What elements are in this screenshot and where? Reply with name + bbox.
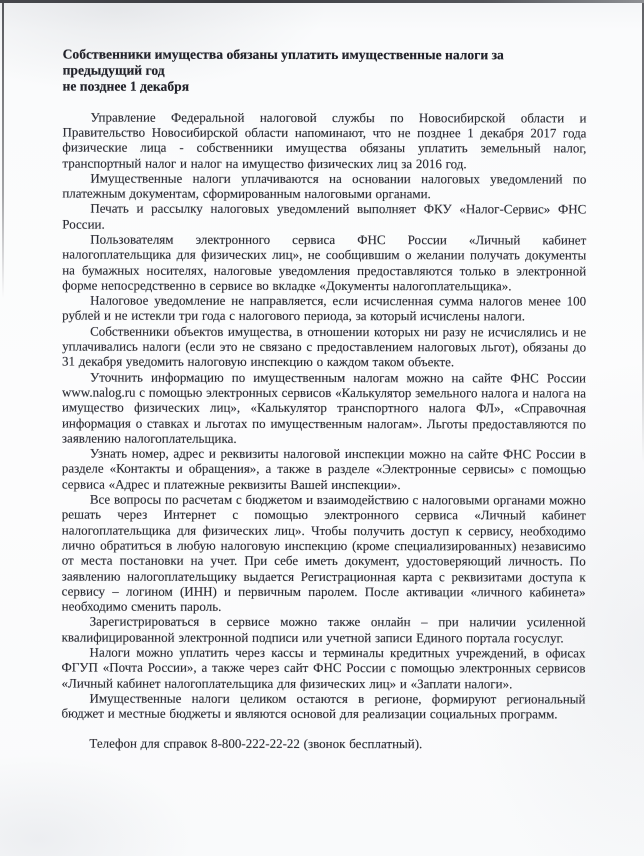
paragraph: Собственники объектов имущества, в отнош… bbox=[62, 323, 586, 370]
document-title-line-2: не позднее 1 декабря bbox=[63, 79, 587, 96]
paragraph: Имущественные налоги уплачиваются на осн… bbox=[62, 170, 586, 202]
paragraph: Все вопросы по расчетам с бюджетом и вза… bbox=[62, 492, 586, 615]
paragraph: Печать и рассылку налоговых уведомлений … bbox=[62, 201, 586, 233]
paragraph: Управление Федеральной налоговой службы … bbox=[62, 109, 586, 171]
phone-line: Телефон для справок 8-800-222-22-22 (зво… bbox=[61, 736, 585, 752]
paragraph: Налоги можно уплатить через кассы и терм… bbox=[61, 645, 585, 692]
paragraph: Зарегистрироваться в сервисе можно также… bbox=[62, 614, 586, 646]
paragraph: Уточнить информацию по имущественным нал… bbox=[62, 369, 586, 446]
document-title: Собственники имущества обязаны уплатить … bbox=[63, 47, 587, 97]
scan-edge-top bbox=[0, 0, 644, 3]
paragraph: Имущественные налоги целиком остаются в … bbox=[61, 690, 585, 722]
paragraph: Узнать номер, адрес и реквизиты налогово… bbox=[62, 446, 586, 493]
document-text-block: Собственники имущества обязаны уплатить … bbox=[61, 47, 586, 753]
scan-edge-left bbox=[2, 3, 4, 298]
document-title-line-1: Собственники имущества обязаны уплатить … bbox=[63, 47, 587, 80]
paragraph: Налоговое уведомление не направляется, е… bbox=[62, 293, 586, 325]
paragraph: Пользователям электронного сервиса ФНС Р… bbox=[62, 232, 586, 294]
scanned-page: Собственники имущества обязаны уплатить … bbox=[0, 0, 644, 856]
document-body: Управление Федеральной налоговой службы … bbox=[61, 109, 586, 722]
